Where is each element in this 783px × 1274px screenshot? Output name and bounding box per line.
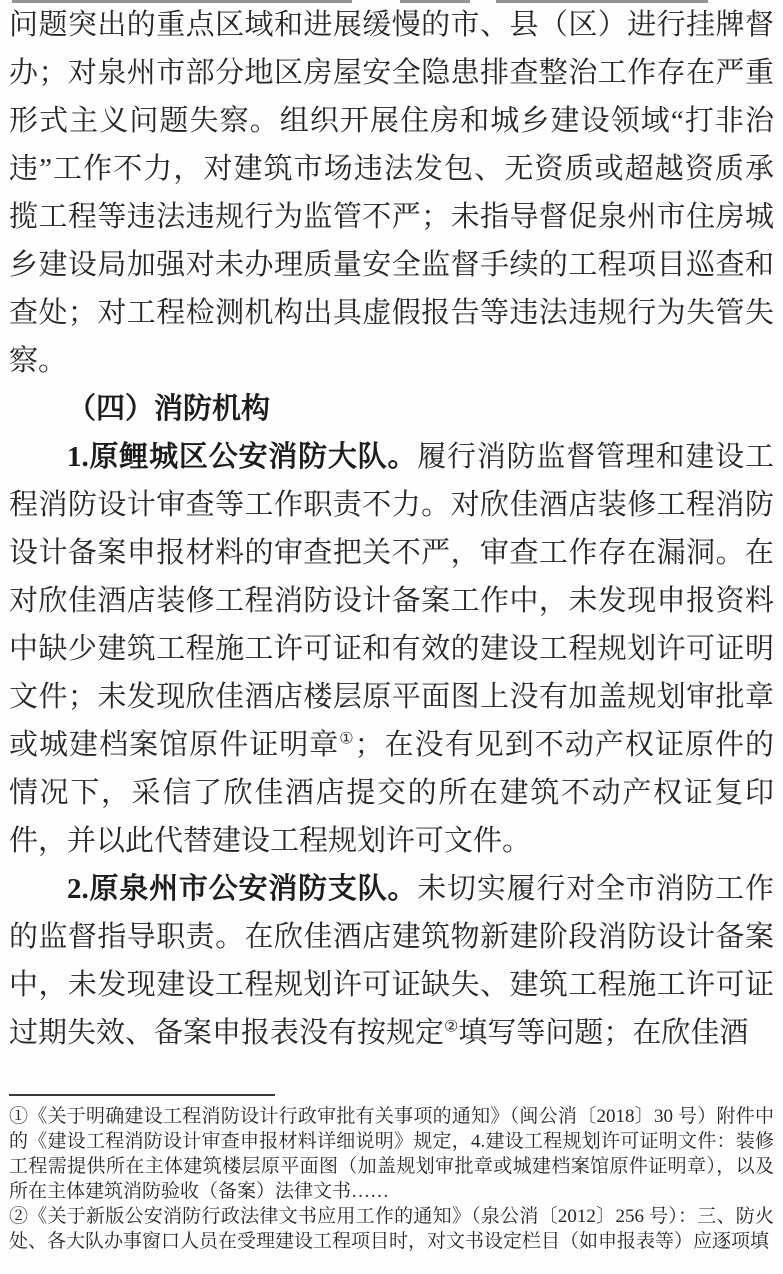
emphasized-text: （四）消防机构 <box>67 393 270 425</box>
body-text-run: 填写等问题；在欣佳酒 <box>458 1017 748 1049</box>
footnote-reference: ② <box>444 1018 458 1035</box>
emphasized-text: 1.原鲤城区公安消防大队。 <box>67 441 417 473</box>
body-text-run: 履行消防监督管理和建设工程消防设计审查等工作职责不力。对欣佳酒店装修工程消防设计… <box>9 441 774 761</box>
document-body: 问题突出的重点区域和进展缓慢的市、县（区）进行挂牌督办；对泉州市部分地区房屋安全… <box>9 1 774 1057</box>
footnotes: ①《关于明确建设工程消防设计行政审批有关事项的通知》（闽公消〔2018〕30 号… <box>9 1104 774 1254</box>
section-heading: （四）消防机构 <box>9 385 774 433</box>
paragraph: 2.原泉州市公安消防支队。未切实履行对全市消防工作的监督指导职责。在欣佳酒店建筑… <box>9 865 774 1057</box>
footnote: ②《关于新版公安消防行政法律文书应用工作的通知》（泉公消〔2012〕256 号）… <box>9 1204 774 1254</box>
paragraph: 1.原鲤城区公安消防大队。履行消防监督管理和建设工程消防设计审查等工作职责不力。… <box>9 433 774 865</box>
footnote: ①《关于明确建设工程消防设计行政审批有关事项的通知》（闽公消〔2018〕30 号… <box>9 1104 774 1204</box>
footnote-reference: ① <box>339 730 354 747</box>
scan-artifact <box>0 0 783 4</box>
footnote-separator <box>9 1094 275 1096</box>
emphasized-text: 2.原泉州市公安消防支队。 <box>67 873 417 905</box>
body-text-run: 问题突出的重点区域和进展缓慢的市、县（区）进行挂牌督办；对泉州市部分地区房屋安全… <box>9 9 774 377</box>
document-page: 问题突出的重点区域和进展缓慢的市、县（区）进行挂牌督办；对泉州市部分地区房屋安全… <box>0 0 783 1274</box>
paragraph: 问题突出的重点区域和进展缓慢的市、县（区）进行挂牌督办；对泉州市部分地区房屋安全… <box>9 1 774 385</box>
